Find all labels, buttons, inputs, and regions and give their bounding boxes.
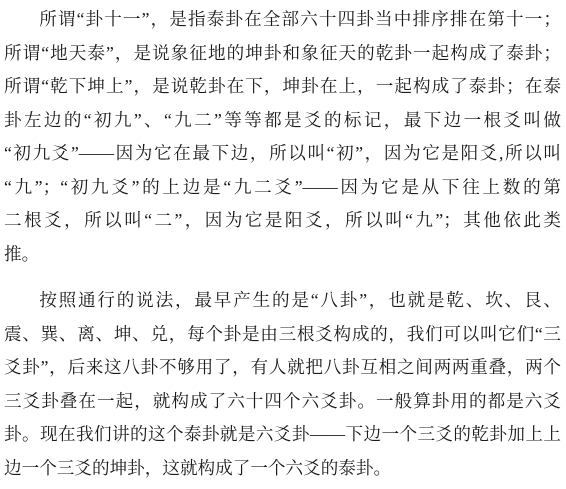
text-line: “初九爻”——因为它在最下边，所以叫“初”，因为它是阳爻,所以叫 [4, 137, 561, 171]
document-page: 所谓“卦十一”，是指泰卦在全部六十四卦当中排序排在第十一； 所谓“地天泰”，是说… [0, 0, 566, 489]
paragraph: 按照通行的说法，最早产生的是“八卦”，也就是乾、坎、艮、 震、巽、离、坤、兑，每… [4, 284, 561, 485]
text-line: “九”；“初九爻”的上边是“九二爻”——因为它是从下往上数的第 [4, 171, 561, 205]
text-line: 震、巽、离、坤、兑，每个卦是由三根爻构成的，我们可以叫它们“三 [4, 318, 561, 352]
text-line: 卦。现在我们讲的这个泰卦就是六爻卦——下边一个三爻的乾卦加上上 [4, 418, 561, 452]
text-line: 推。 [4, 238, 561, 272]
text-line: 卦左边的“初九”、“九二”等等都是爻的标记，最下边一根爻叫做 [4, 104, 561, 138]
text-line: 所谓“卦十一”，是指泰卦在全部六十四卦当中排序排在第十一； [4, 3, 561, 37]
text-line: 按照通行的说法，最早产生的是“八卦”，也就是乾、坎、艮、 [4, 284, 561, 318]
text-line: 所谓“地天泰”，是说象征地的坤卦和象征天的乾卦一起构成了泰卦； [4, 37, 561, 71]
text-line: 所谓“乾下坤上”，是说乾卦在下，坤卦在上，一起构成了泰卦；在泰 [4, 70, 561, 104]
text-line: 爻卦”，后来这八卦不够用了，有人就把八卦互相之间两两重叠，两个 [4, 351, 561, 385]
text-line: 三爻卦叠在一起，就构成了六十四个六爻卦。一般算卦用的都是六爻 [4, 385, 561, 419]
paragraph: 所谓“卦十一”，是指泰卦在全部六十四卦当中排序排在第十一； 所谓“地天泰”，是说… [4, 3, 561, 271]
text-line: 二根爻，所以叫“二”，因为它是阳爻，所以叫“九”；其他依此类 [4, 204, 561, 238]
text-line: 边一个三爻的坤卦，这就构成了一个六爻的泰卦。 [4, 452, 561, 486]
